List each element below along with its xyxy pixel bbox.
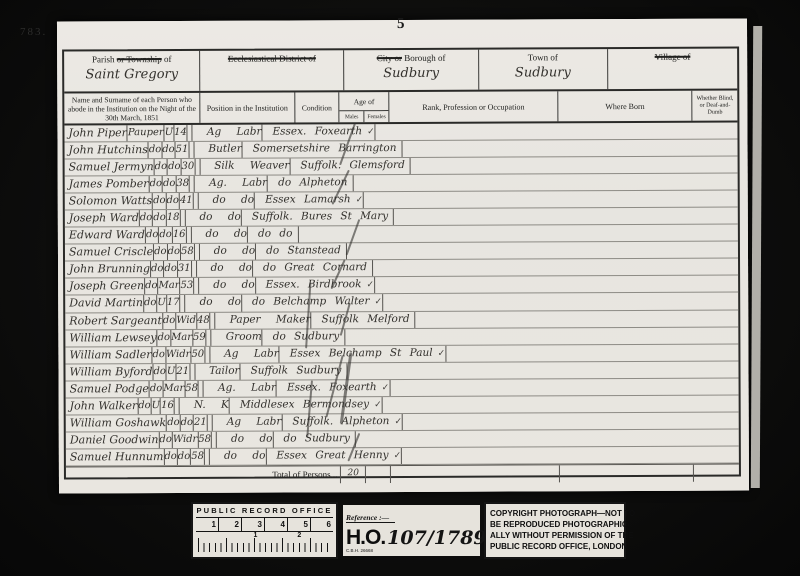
cell-name: Samuel Criscle — [65, 244, 154, 260]
cell-position: do — [140, 210, 153, 226]
census-page: 5 Parish or Township of Saint Gregory Ec… — [57, 18, 749, 493]
cell-condition: do — [181, 415, 194, 431]
cell-condition: Mar — [171, 329, 193, 345]
cell-position: do — [163, 313, 176, 329]
ruler-tick-marks — [198, 543, 331, 552]
cell-condition: do — [166, 193, 179, 209]
cell-occupation: Silk Weaver — [200, 159, 290, 175]
village-cell: Village of — [608, 49, 737, 90]
district-label: Ecclesiastical District of — [228, 53, 316, 63]
cell-age-male: 14 — [174, 125, 188, 141]
cell-occupation: Ag. Labr — [204, 380, 277, 396]
cell-where-born: Essex Lamarsh✓ — [255, 192, 364, 209]
census-table: Parish or Township of Saint Gregory Eccl… — [62, 47, 741, 480]
cell-condition: Widr — [173, 432, 199, 448]
where-born-text: Suffolk. Bures St Mary — [252, 210, 388, 223]
ruler-inch-5: 5 — [288, 518, 311, 531]
place-header-band: Parish or Township of Saint Gregory Eccl… — [64, 49, 737, 94]
cell-position: Pauper — [128, 125, 165, 141]
cell-occupation: Ag Labr — [193, 125, 263, 141]
cell-position: do — [159, 432, 172, 448]
cell-condition: U — [165, 125, 175, 141]
header-occupation: Rank, Profession or Occupation — [389, 91, 558, 122]
reference-label: Reference :— — [346, 513, 395, 523]
cell-blind — [353, 175, 357, 191]
total-row: Total of Persons... 20 — [66, 464, 739, 485]
cell-blind — [446, 345, 450, 361]
check-mark — [367, 264, 372, 274]
cell-position: do — [153, 193, 166, 209]
check-mark — [410, 314, 415, 324]
cell-occupation: do do — [199, 193, 256, 209]
cell-blind — [373, 260, 377, 276]
where-born-text: do Great Cornard — [263, 262, 367, 274]
cell-occupation: do do — [192, 227, 249, 243]
header-age: Age of Males Females — [340, 92, 390, 122]
cell-blind — [375, 278, 379, 294]
cell-name: Edward Ward — [65, 227, 146, 243]
borough-label: City or Borough of — [377, 53, 446, 63]
cell-name: Samuel Jermyn — [65, 159, 155, 175]
where-born-text: do Belchamp Walter — [252, 296, 370, 309]
cell-name: Samuel Podge — [66, 381, 150, 397]
check-mark — [347, 178, 352, 188]
check-mark: ✓ — [389, 417, 402, 427]
cell-condition: do — [163, 176, 176, 192]
pro-office-label: PUBLIC RECORD OFFICE — [196, 506, 333, 518]
cell-name: John Walker — [66, 398, 139, 414]
borough-value: Sudbury — [344, 66, 477, 82]
cell-condition: Wid — [176, 312, 197, 328]
cell-occupation: do do — [199, 278, 256, 294]
cell-condition: Mar — [158, 278, 180, 294]
cell-position: do — [146, 227, 159, 243]
header-age-of: Age of — [340, 92, 389, 111]
cell-condition: do — [168, 244, 181, 260]
cell-occupation: Butler — [194, 142, 242, 158]
cell-condition: do — [162, 142, 175, 158]
cell-condition: do — [164, 261, 177, 277]
check-mark: ✓ — [361, 281, 374, 291]
parish-label: Parish or Township of — [92, 54, 172, 64]
cell-name: Samuel Hunnum — [66, 449, 165, 465]
cell-position: do — [151, 261, 164, 277]
cell-blind — [402, 141, 406, 157]
ruler-inch-2: 2 — [219, 518, 242, 531]
cell-where-born: Suffolk Sudbury — [241, 363, 348, 380]
cell-name: David Martin — [65, 296, 144, 312]
total-female-cell — [366, 466, 391, 483]
cell-position: do — [145, 278, 158, 294]
cell-age-male: 16 — [173, 227, 187, 243]
cell-where-born: Suffolk. Alpheton✓ — [282, 414, 403, 431]
cell-occupation: Groom — [212, 329, 263, 345]
copyright-line: PUBLIC RECORD OFFICE, LONDON — [490, 541, 621, 552]
cell-occupation: do do — [186, 295, 243, 311]
film-edge — [751, 26, 762, 488]
header-condition: Condition — [295, 92, 340, 122]
cell-occupation: do do — [217, 431, 274, 447]
cell-blind — [383, 397, 387, 413]
where-born-text: Suffolk Melford — [321, 312, 409, 324]
total-value: 20 — [341, 466, 366, 483]
cell-where-born: do Great Cornard — [253, 261, 373, 278]
where-born-text: Essex Lamarsh — [265, 193, 351, 205]
cell-blind — [416, 311, 420, 327]
cell-position: do — [153, 364, 166, 380]
cell-blind — [345, 329, 349, 345]
ruler-inches: 1 2 3 4 5 6 — [196, 518, 333, 532]
cell-position: do — [144, 296, 157, 312]
cell-where-born: Essex. Foxearth✓ — [277, 380, 390, 397]
cell-age-male: 50 — [191, 346, 205, 362]
cell-age-male: 31 — [178, 261, 192, 277]
film-frame-number: 783. — [20, 26, 47, 38]
check-mark: ✓ — [389, 451, 402, 461]
cell-position: do — [155, 159, 168, 175]
cell-blind — [394, 209, 398, 225]
cell-where-born: Essex Great Henny✓ — [266, 448, 402, 465]
cell-where-born: do Belchamp Walter✓ — [242, 295, 383, 312]
cell-age-male: 58 — [181, 244, 195, 260]
cell-name: Daniel Goodwin — [66, 432, 160, 448]
parish-value: Saint Gregory — [64, 67, 199, 83]
check-mark: ✓ — [369, 400, 382, 410]
town-cell: Town of Sudbury — [479, 49, 608, 90]
check-mark — [396, 144, 401, 154]
table-row: Samuel Hunnum do do 58 do do Essex Great… — [66, 446, 739, 466]
cell-blind — [411, 158, 415, 174]
cell-where-born: Essex. Foxearth✓ — [262, 124, 375, 141]
where-born-text: Essex. Foxearth — [287, 381, 377, 393]
cell-age-male: 58 — [185, 381, 199, 397]
cell-condition: Widr — [166, 347, 192, 363]
cell-condition: U — [152, 398, 162, 414]
cell-name: William Sadler — [65, 347, 152, 363]
cell-condition: do — [159, 227, 172, 243]
cell-position: do — [149, 142, 162, 158]
check-mark: ✓ — [362, 127, 375, 137]
cell-age-male: 21 — [194, 415, 208, 431]
cell-where-born: Essex. Birdbrook✓ — [256, 278, 375, 295]
header-where-born: Where Born — [558, 91, 692, 122]
cell-age-male: 18 — [167, 210, 181, 226]
cell-name: Solomon Watts — [65, 193, 153, 209]
cell-age-male: 51 — [176, 142, 190, 158]
header-name: Name and Surname of each Person who abod… — [64, 93, 200, 124]
check-mark: ✓ — [370, 298, 383, 308]
header-position: Position in the Institution — [200, 92, 295, 122]
cell-occupation: Ag. Labr — [195, 176, 268, 192]
where-born-text: do Sudbury — [283, 432, 350, 444]
cell-age-male: 21 — [176, 364, 190, 380]
where-born-text: Suffolk. Glemsford — [300, 159, 404, 171]
cell-where-born: do Alpheton — [268, 175, 353, 191]
cell-age-male: 38 — [176, 176, 190, 192]
cell-position: do — [154, 244, 167, 260]
cell-age-male: 30 — [181, 159, 195, 175]
where-born-text: Suffolk. Alpheton — [292, 415, 389, 427]
cell-condition: U — [167, 364, 177, 380]
cell-where-born: Middlesex Bermondsey✓ — [230, 397, 383, 414]
reference-series: H.O. — [346, 526, 385, 550]
cell-blind — [402, 448, 406, 464]
cell-occupation: do do — [185, 210, 242, 226]
where-born-text: do do — [258, 228, 292, 240]
ruler-centimetres: 1 2 — [196, 532, 333, 554]
copyright-line: BE REPRODUCED PHOTOGRAPHIC- — [490, 519, 621, 530]
cell-age-male: 53 — [180, 278, 194, 294]
cell-occupation: Paper Maker — [216, 312, 312, 328]
cell-occupation: N. K — [180, 398, 230, 414]
ruler-inch-6: 6 — [311, 518, 333, 531]
ruler-inch-3: 3 — [242, 518, 265, 531]
ruler-inch-1: 1 — [196, 518, 219, 531]
cell-name: James Pomber — [65, 176, 150, 192]
where-born-text: do Stanstead — [266, 245, 341, 257]
where-born-text: Essex Great Henny — [276, 449, 388, 461]
total-label: Total of Persons... — [66, 466, 341, 484]
cell-name: Robert Sargeant — [65, 313, 163, 329]
district-cell: Ecclesiastical District of — [200, 50, 344, 91]
cell-name: John Brunning — [65, 261, 151, 277]
cell-name: Joseph Ward — [65, 210, 140, 226]
cell-position: do — [152, 347, 165, 363]
cell-name: Joseph Green — [65, 279, 145, 295]
total-born-cell — [560, 465, 694, 483]
cell-name: William Goshawk — [66, 415, 168, 431]
page-number: 5 — [397, 16, 405, 33]
cell-where-born: do do — [248, 227, 299, 243]
cell-where-born: do Sudbury — [263, 329, 346, 345]
cell-age-male: 58 — [198, 432, 212, 448]
cell-occupation: Ag Labr — [213, 414, 283, 430]
cell-position: do — [150, 381, 163, 397]
cell-blind — [383, 295, 387, 311]
cell-where-born: Suffolk. Glemsford — [290, 158, 410, 175]
header-blind: Whether Blind, or Deaf-and-Dumb — [693, 91, 738, 121]
copyright-line: COPYRIGHT PHOTOGRAPH—NOT TO — [490, 508, 621, 519]
check-mark — [350, 434, 355, 444]
header-age-males: Males — [340, 111, 365, 122]
cell-name: John Hutchins — [65, 142, 149, 158]
cell-age-male: 41 — [180, 193, 194, 209]
cell-occupation: do do — [197, 261, 254, 277]
reference-piece-number: 107/1789 — [387, 527, 486, 549]
borough-cell: City or Borough of Sudbury — [344, 50, 478, 91]
where-born-text: Essex. Foxearth — [272, 125, 362, 137]
cell-age-male: 58 — [191, 449, 205, 465]
cell-where-born: Suffolk. Bures St Mary — [242, 209, 394, 226]
cell-blind — [347, 244, 351, 260]
cell-age-male: 17 — [167, 295, 181, 311]
cell-blind — [390, 380, 394, 396]
cell-condition: Mar — [163, 381, 185, 397]
cell-blind — [403, 414, 407, 430]
cell-occupation: do do — [210, 448, 267, 464]
where-born-text: Essex Belchamp St Paul — [290, 346, 433, 359]
check-mark — [388, 212, 393, 222]
where-born-text: Somersetshire Barrington — [253, 142, 397, 155]
check-mark — [341, 366, 346, 376]
cell-blind — [347, 363, 351, 379]
copyright-stamp: COPYRIGHT PHOTOGRAPH—NOT TO BE REPRODUCE… — [484, 502, 626, 559]
table-body: John Piper Pauper U 14 Ag Labr Essex. Fo… — [64, 123, 738, 467]
cell-where-born: do Sudbury — [273, 431, 356, 447]
cell-position: do — [158, 330, 171, 346]
town-label: Town of — [528, 52, 558, 62]
cell-position: do — [150, 176, 163, 192]
cell-position: do — [164, 449, 177, 465]
village-label: Village of — [655, 52, 691, 62]
parish-cell: Parish or Township of Saint Gregory — [64, 51, 200, 92]
cell-where-born: Essex Belchamp St Paul✓ — [280, 345, 446, 362]
cell-position: do — [167, 415, 180, 431]
cell-name: John Piper — [64, 125, 128, 141]
where-born-text: do Alpheton — [278, 176, 347, 188]
cell-where-born: Suffolk Melford — [311, 311, 415, 328]
where-born-text: Suffolk Sudbury — [251, 364, 342, 376]
total-rank-cell — [391, 465, 560, 483]
cell-blind — [376, 124, 380, 140]
town-value: Sudbury — [479, 65, 607, 81]
ruler-inch-4: 4 — [265, 518, 288, 531]
cell-blind — [356, 431, 360, 447]
check-mark — [405, 161, 410, 171]
where-born-text: Essex. Birdbrook — [266, 279, 362, 291]
check-mark — [292, 230, 297, 240]
cell-name: William Byford — [65, 364, 153, 380]
cell-condition: do — [168, 159, 181, 175]
cell-age-male: 48 — [197, 312, 211, 328]
cell-blind — [364, 192, 368, 208]
check-mark: ✓ — [351, 195, 364, 205]
pro-ruler-stamp: PUBLIC RECORD OFFICE 1 2 3 4 5 6 1 2 — [191, 502, 338, 559]
cell-age-male: 16 — [161, 398, 175, 414]
cell-occupation: do do — [200, 244, 257, 260]
check-mark: ✓ — [377, 383, 390, 393]
reference-stamp: Reference :— H.O. 107/1789 C.B.H. 26668 — [343, 505, 480, 556]
cell-position: do — [138, 398, 151, 414]
cell-occupation: Tailor — [195, 363, 241, 379]
cell-name: William Lewsey — [65, 330, 157, 346]
where-born-text: Middlesex Bermondsey — [240, 398, 369, 411]
cell-condition: do — [178, 449, 191, 465]
total-blind-cell — [694, 465, 739, 482]
cell-where-born: Somersetshire Barrington — [243, 141, 403, 158]
cell-condition: U — [157, 295, 167, 311]
cell-blind — [298, 227, 302, 243]
cell-where-born: do Stanstead — [256, 244, 347, 260]
copyright-line: ALLY WITHOUT PERMISSION OF THE — [490, 530, 621, 541]
check-mark — [341, 247, 346, 257]
cell-condition: do — [153, 210, 166, 226]
check-mark: ✓ — [433, 348, 446, 358]
cell-occupation: Ag Labr — [210, 346, 280, 362]
cell-age-male: 59 — [193, 329, 207, 345]
where-born-text: do Sudbury — [273, 330, 340, 342]
column-header-row: Name and Surname of each Person who abod… — [64, 91, 737, 126]
header-age-females: Females — [365, 111, 389, 122]
check-mark — [339, 332, 344, 342]
